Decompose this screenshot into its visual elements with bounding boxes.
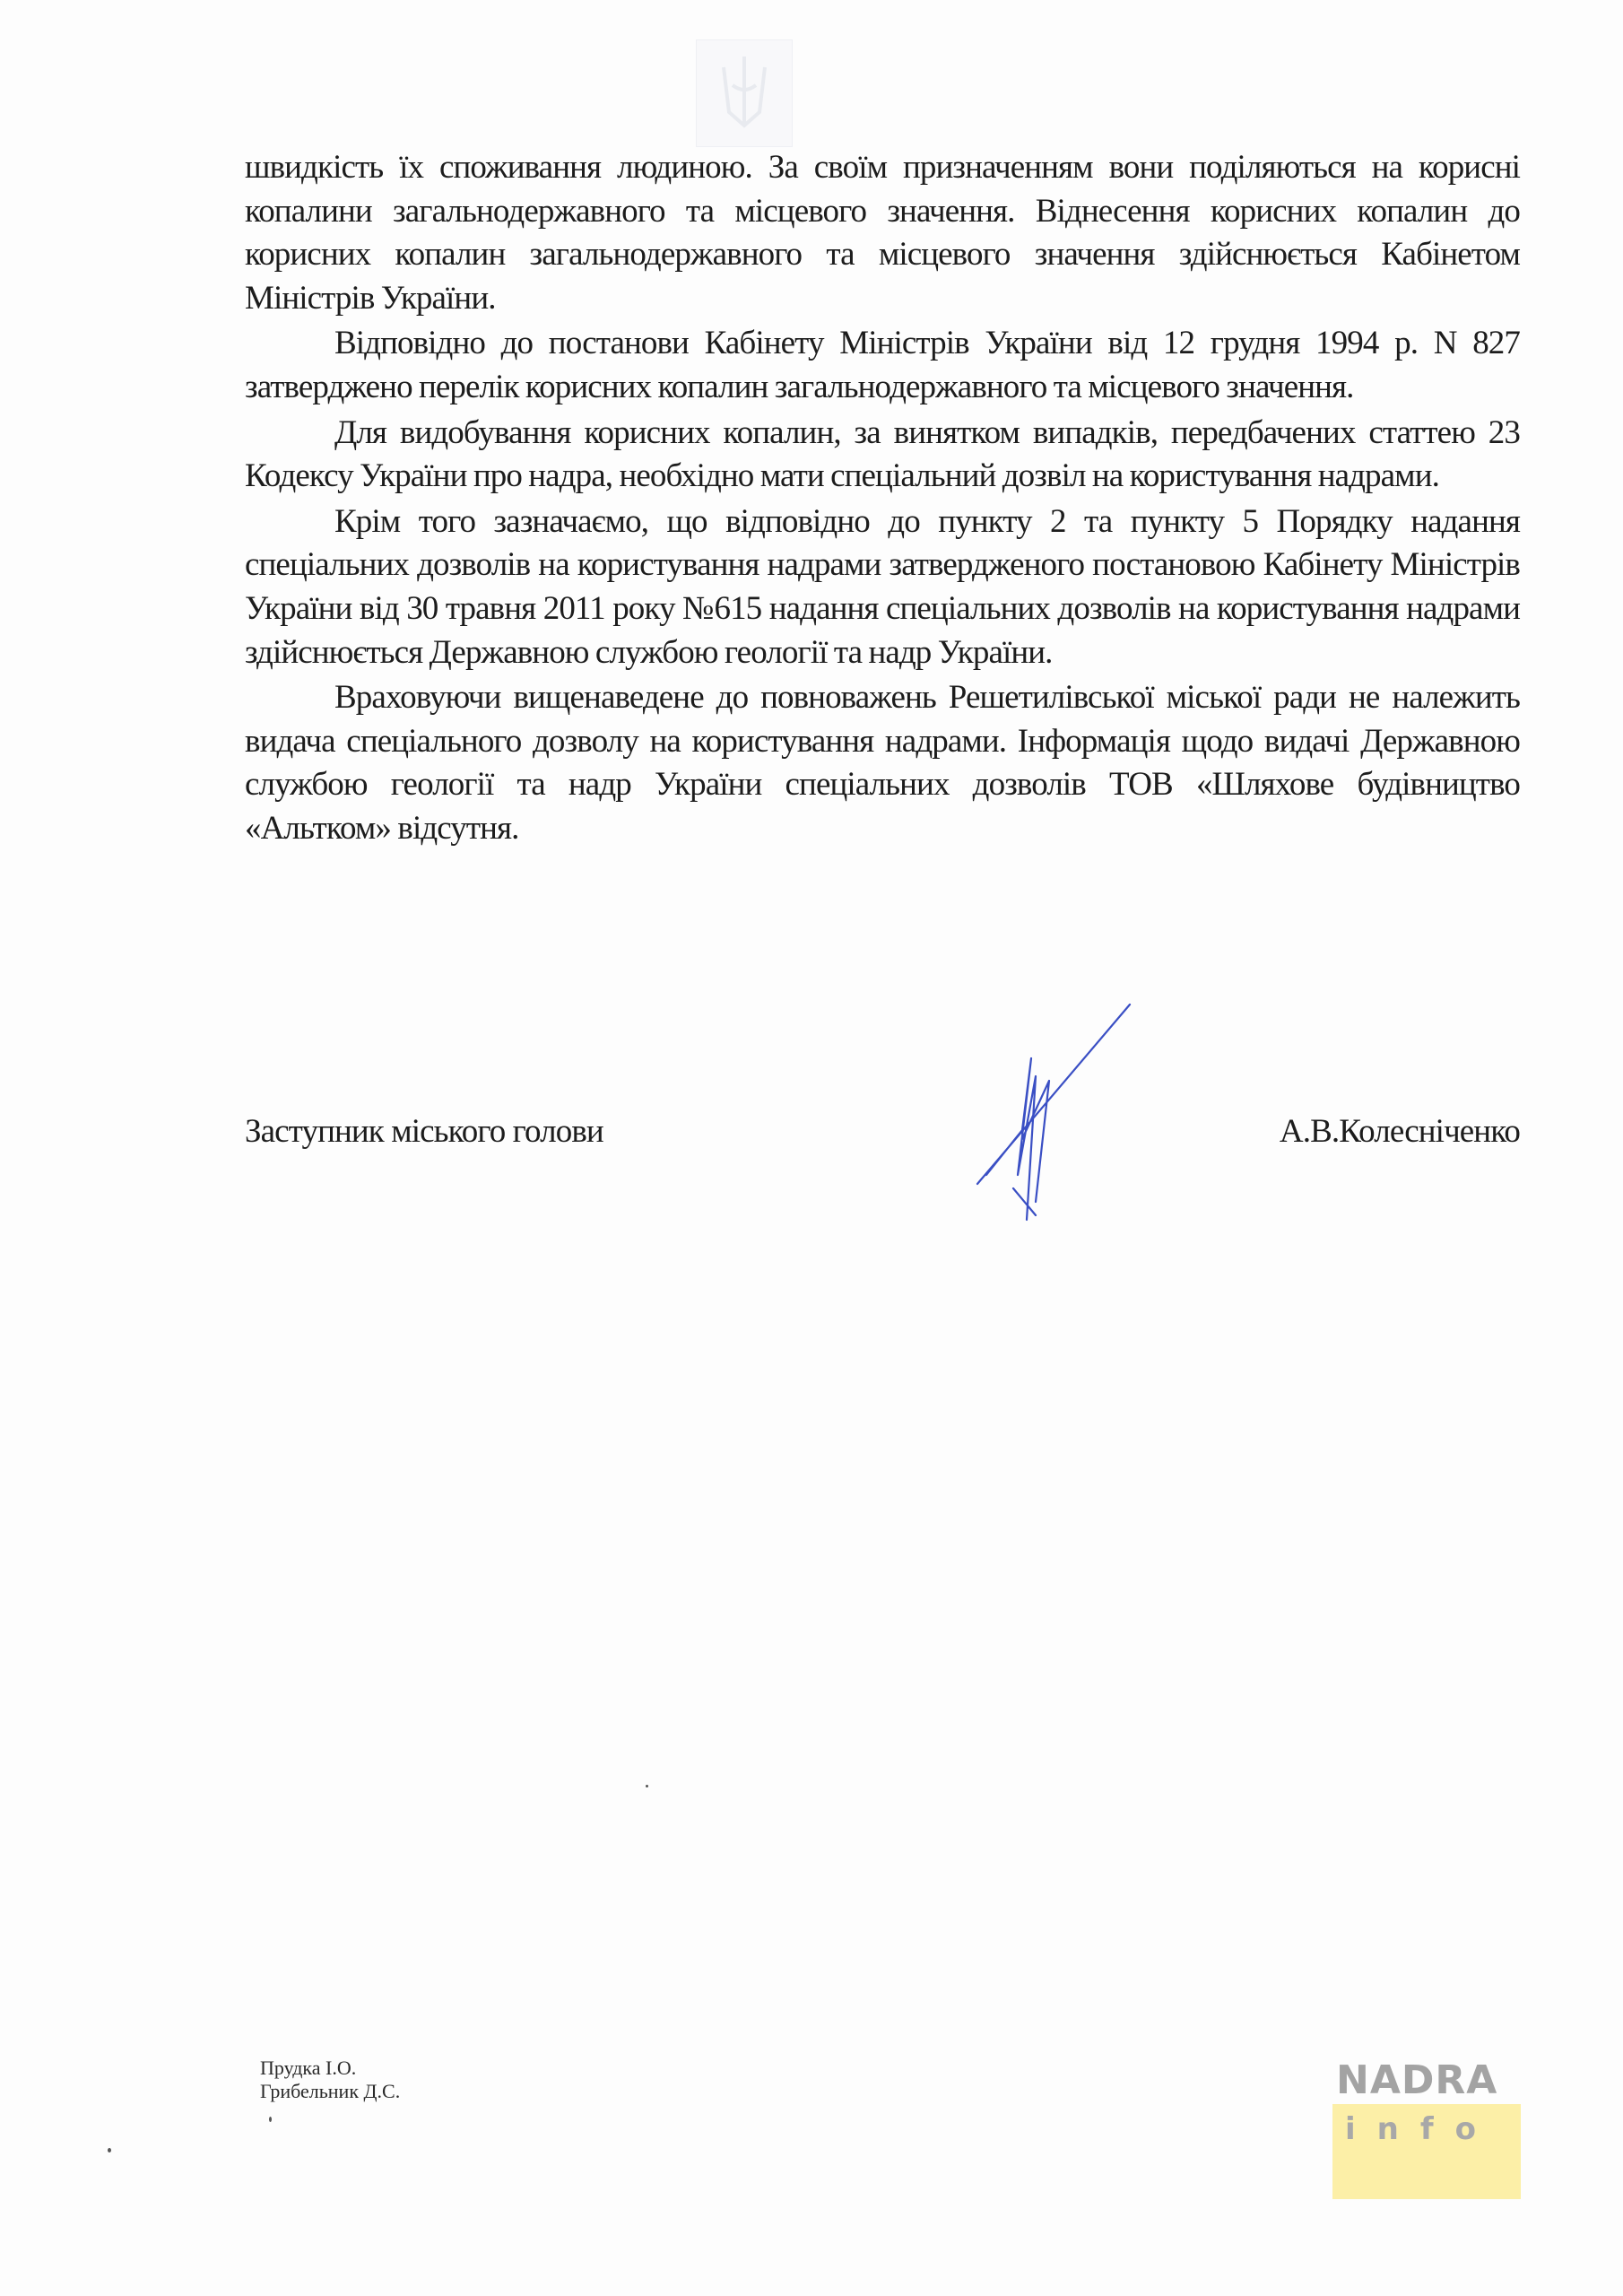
watermark-subtitle: info — [1345, 2111, 1515, 2147]
scan-speck — [269, 2117, 272, 2122]
letter-body: швидкість їх споживання людиною. За свої… — [245, 146, 1520, 853]
paragraph-continuation: швидкість їх споживання людиною. За свої… — [245, 146, 1520, 320]
nadra-info-watermark: NADRA info — [1336, 2061, 1524, 2196]
paragraph-conclusion: Враховуючи вищенаведене до повноважень Р… — [245, 676, 1520, 850]
signatory-name: А.В.Колесніченко — [1280, 1112, 1520, 1151]
paragraph-procedure-615: Крім того зазначаємо, що відповідно до п… — [245, 500, 1520, 674]
watermark-title: NADRA — [1336, 2061, 1524, 2100]
executor-name: Прудка І.О. — [260, 2057, 400, 2080]
scan-speck — [646, 1785, 648, 1787]
watermark-box: info — [1332, 2104, 1521, 2199]
paragraph-special-permit: Для видобування корисних копалин, за вин… — [245, 412, 1520, 499]
trident-emblem-icon — [696, 39, 793, 147]
signatory-position: Заступник міського голови — [245, 1112, 603, 1151]
letter-page: швидкість їх споживання людиною. За свої… — [0, 0, 1623, 2296]
paragraph-resolution-827: Відповідно до постанови Кабінету Міністр… — [245, 322, 1520, 409]
executor-name: Грибельник Д.С. — [260, 2080, 400, 2103]
executors-list: Прудка І.О. Грибельник Д.С. — [260, 2057, 400, 2103]
scan-speck — [108, 2148, 111, 2152]
signature-block: Заступник міського голови А.В.Колеснічен… — [245, 1112, 1520, 1166]
